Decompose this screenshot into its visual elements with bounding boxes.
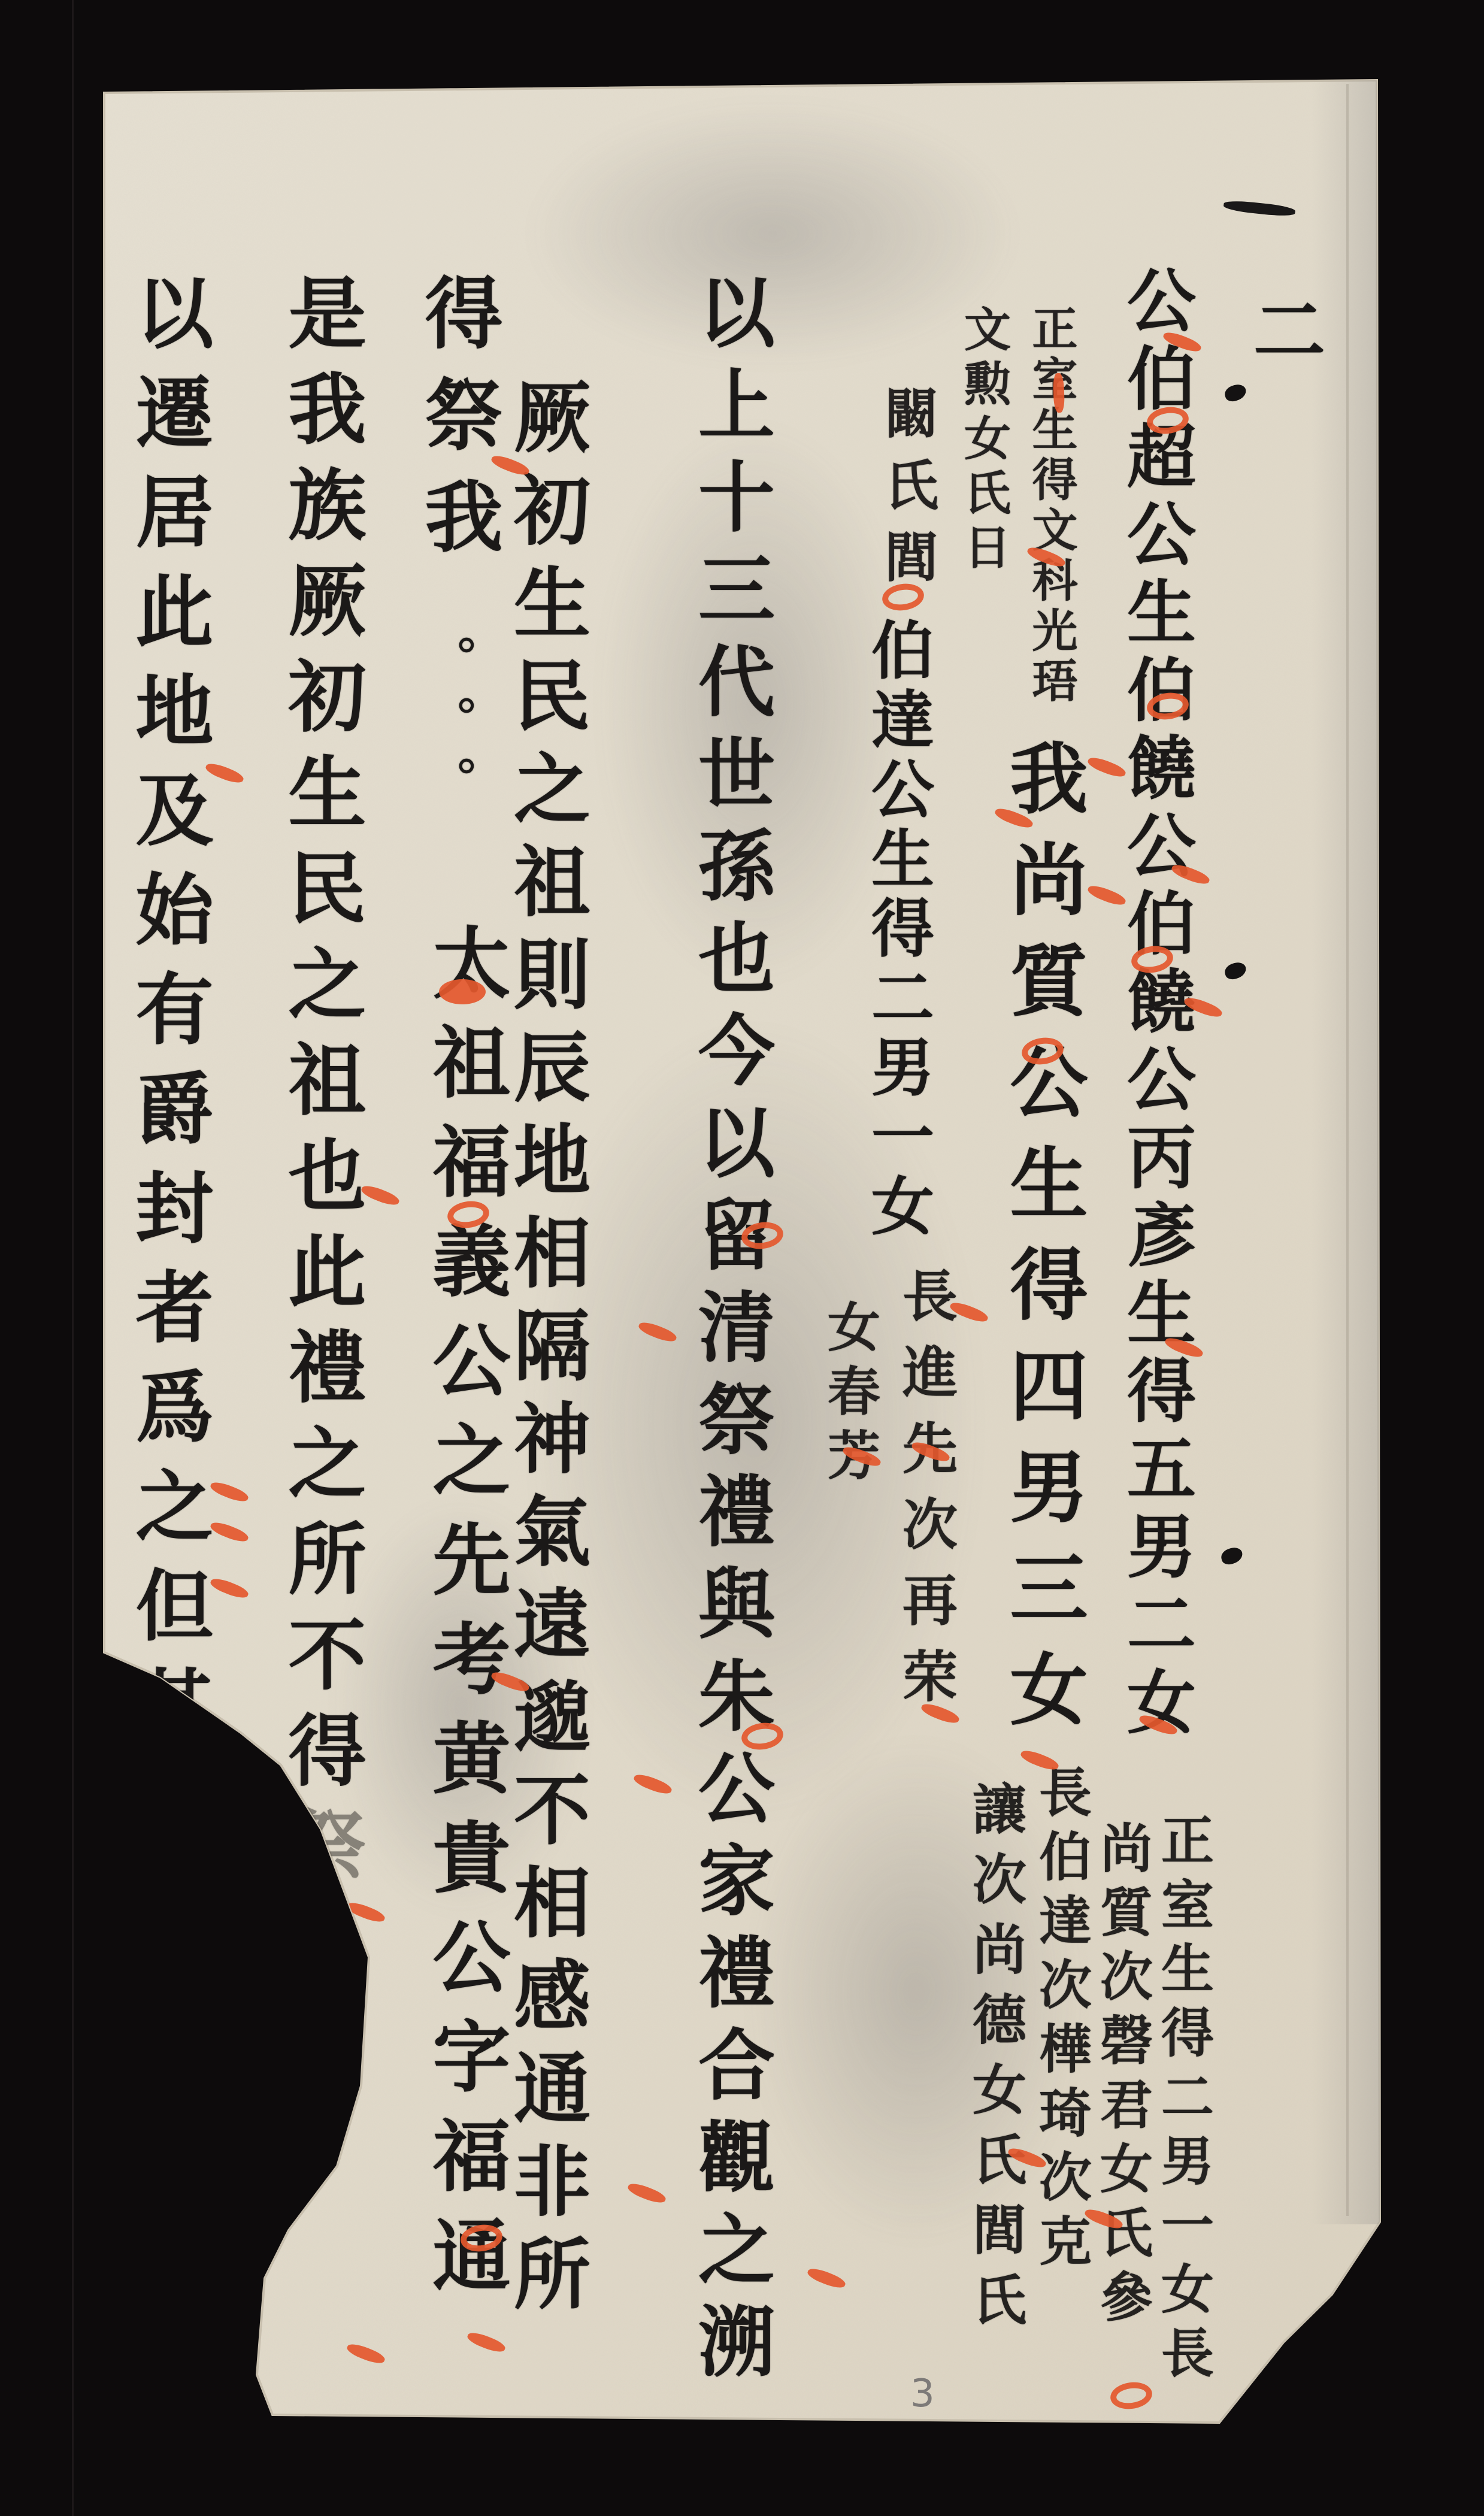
vermilion-circle-mark	[1109, 2379, 1153, 2411]
vermilion-dash-mark	[209, 1479, 250, 1504]
column-6-pause-marks: 。。。	[425, 635, 473, 840]
column-2-top-note-right: 正室生得文科光珸	[1028, 305, 1074, 707]
column-6-main-text: 太祖福義公之先考黄貴公字福通	[426, 922, 504, 2314]
vermilion-dash-mark	[209, 1519, 250, 1545]
column-1-note-right: 正室生得二男一女長	[1158, 1813, 1210, 2390]
column-2-top-note-left: 文勲女氏日	[960, 305, 1007, 577]
page-marker: 二	[1247, 293, 1319, 365]
column-2-note-right: 長伯達次樺琦次克	[1035, 1765, 1088, 2278]
ink-dot	[1223, 383, 1248, 403]
column-3-note-right: 長進先次再荣	[898, 1267, 953, 1724]
column-7-main-text: 是我族厥初生民之祖也此禮之所不得	[282, 273, 360, 1806]
vermilion-dash-mark	[466, 2329, 507, 2355]
vermilion-dash-mark	[346, 2341, 387, 2366]
column-1-main-text: 公伯超公生伯饒公伯饒公丙彥生得五男二女	[1121, 265, 1190, 1744]
column-8-main-text: 以遷居此地及始有爵封者爲之但其	[129, 273, 207, 1764]
column-1-note-left: 尚質次磬君女氏參	[1097, 1821, 1149, 2333]
column-6-top-text: 得祭我	[419, 273, 496, 578]
column-3-main-text: 伯達公生得二男一女	[867, 617, 929, 1243]
column-2-note-left: 讓次尚德女氏閭氏	[968, 1781, 1022, 2342]
manuscript-photo: 二 公伯超公生伯饒公伯饒公丙彥生得五男二女 正室生得二男一女長 尚質次磬君女氏參…	[0, 0, 1484, 2516]
column-4-main-text: 以上十三代世孫也今以留清祭禮與朱公家禮合觀之溯	[692, 273, 768, 2394]
column-3-top-note: 闞氏閭	[880, 385, 934, 601]
vermilion-dash-mark	[209, 1575, 250, 1601]
ink-dot	[1223, 961, 1248, 981]
column-2-main-text: 我尚質公生得四男三女	[1004, 738, 1082, 1750]
column-5-main-text: 厥初生民之祖則辰地相隔神氣遠邈不相感通非所	[507, 377, 584, 2327]
vermilion-dot-mark	[439, 979, 486, 1004]
ink-dot	[1219, 1546, 1244, 1566]
pencil-folio-number: 3	[910, 2372, 935, 2416]
vermilion-dash-mark	[806, 2265, 847, 2291]
ink-tick-mark	[1223, 199, 1295, 217]
paper-fold-line	[1346, 84, 1349, 2216]
vermilion-dash-mark	[626, 2180, 668, 2206]
